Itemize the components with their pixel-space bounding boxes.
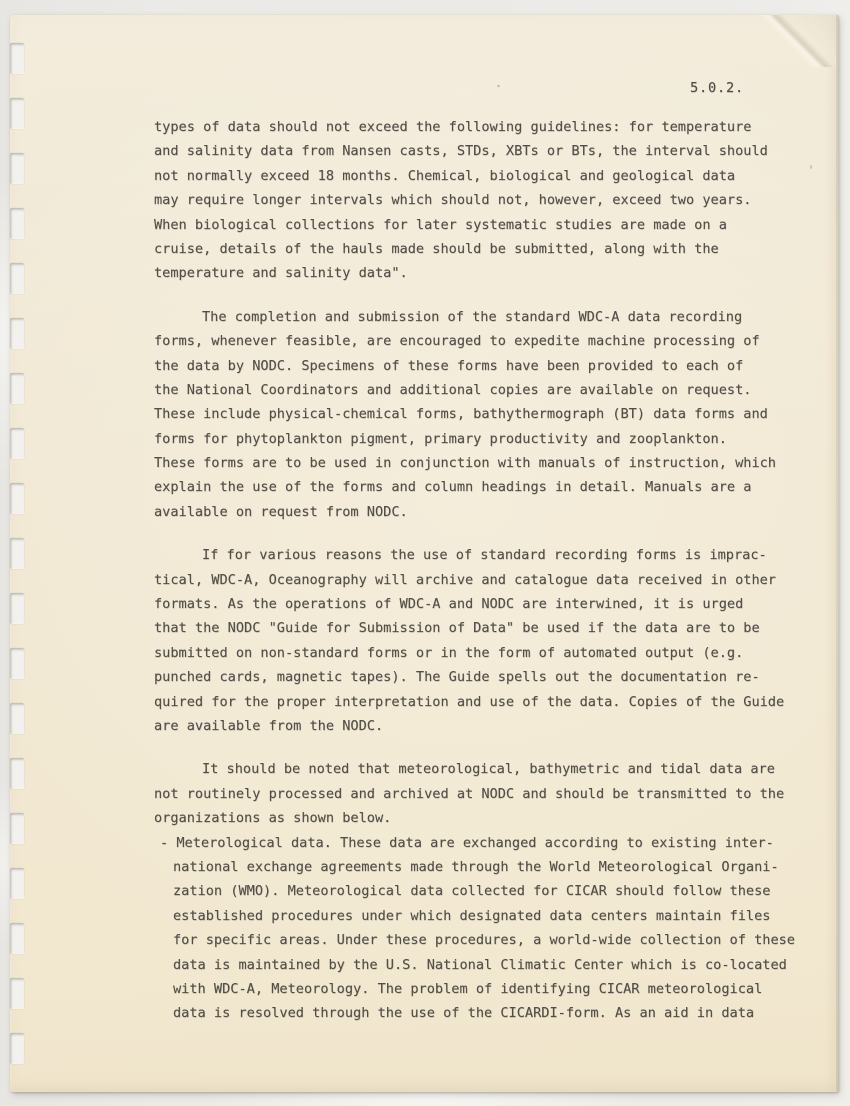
punch-hole [10,758,24,789]
text-line: When biological collections for later sy… [154,213,814,237]
text-line: and salinity data from Nansen casts, STD… [154,139,814,163]
text-line: the data by NODC. Specimens of these for… [154,354,814,378]
page-number: 5.0.2. [690,80,744,96]
punch-hole [10,1033,24,1064]
punch-hole [10,428,24,459]
folded-corner [760,15,838,67]
text-line: with WDC-A, Meteorology. The problem of … [160,977,814,1001]
punch-hole [10,703,24,734]
paragraph: - Meterological data. These data are exc… [160,831,814,1026]
text-line: punched cards, magnetic tapes). The Guid… [154,665,814,689]
text-line: forms for phytoplankton pigment, primary… [154,427,814,451]
body-text: types of data should not exceed the foll… [154,115,814,1026]
punch-hole [10,98,24,129]
text-line: - Meterological data. These data are exc… [160,831,814,855]
text-line: types of data should not exceed the foll… [154,115,814,139]
text-line: may require longer intervals which shoul… [154,188,814,212]
punch-hole [10,373,24,404]
text-line: data is maintained by the U.S. National … [160,953,814,977]
punch-hole [10,208,24,239]
paragraph: The completion and submission of the sta… [154,305,814,525]
text-line: that the NODC "Guide for Submission of D… [154,616,814,640]
punch-hole [10,593,24,624]
text-line: submitted on non-standard forms or in th… [154,641,814,665]
punch-hole [10,538,24,569]
punch-holes [10,0,30,1106]
scanned-document: 5.0.2. types of data should not exceed t… [0,0,850,1106]
text-line: quired for the proper interpretation and… [154,690,814,714]
text-line: The completion and submission of the sta… [154,305,814,329]
text-line: organizations as shown below. [154,806,814,830]
text-line: not routinely processed and archived at … [154,782,814,806]
punch-hole [10,813,24,844]
punch-hole [10,263,24,294]
punch-hole [10,978,24,1009]
text-line: It should be noted that meteorological, … [154,757,814,781]
text-line: cruise, details of the hauls made should… [154,237,814,261]
text-line: established procedures under which desig… [160,904,814,928]
text-line: the National Coordinators and additional… [154,378,814,402]
text-line: data is resolved through the use of the … [160,1001,814,1025]
punch-hole [10,43,24,74]
punch-hole [10,483,24,514]
text-line: available on request from NODC. [154,500,814,524]
punch-hole [10,868,24,899]
text-line: are available from the NODC. [154,714,814,738]
text-line: national exchange agreements made throug… [160,855,814,879]
text-line: temperature and salinity data". [154,261,814,285]
paper-page: 5.0.2. types of data should not exceed t… [10,15,838,1092]
text-line: not normally exceed 18 months. Chemical,… [154,164,814,188]
paragraph: types of data should not exceed the foll… [154,115,814,286]
text-line: If for various reasons the use of standa… [154,543,814,567]
text-line: for specific areas. Under these procedur… [160,928,814,952]
paragraph: It should be noted that meteorological, … [154,757,814,830]
text-line: tical, WDC-A, Oceanography will archive … [154,568,814,592]
punch-hole [10,153,24,184]
text-line: These forms are to be used in conjunctio… [154,451,814,475]
text-line: formats. As the operations of WDC-A and … [154,592,814,616]
text-line: forms, whenever feasible, are encouraged… [154,329,814,353]
punch-hole [10,923,24,954]
text-line: explain the use of the forms and column … [154,475,814,499]
paragraph: If for various reasons the use of standa… [154,543,814,738]
punch-hole [10,318,24,349]
text-line: zation (WMO). Meteorological data collec… [160,879,814,903]
scan-artifact [497,84,501,87]
punch-hole [10,648,24,679]
text-line: These include physical-chemical forms, b… [154,402,814,426]
